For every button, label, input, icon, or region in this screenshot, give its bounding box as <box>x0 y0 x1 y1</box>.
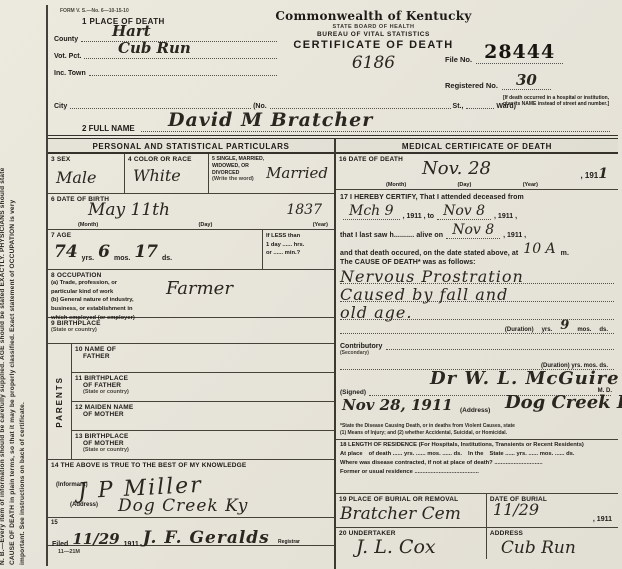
mother-birthplace-sublabel: (State or country) <box>83 447 331 453</box>
dod-day-label: (Day) <box>458 182 472 188</box>
contributory-dotted-line <box>386 349 614 350</box>
parents-block: PARENTS 10 NAME OF FATHER 11 BIRTHPLACE … <box>48 344 334 460</box>
inc-town-line: Inc. Town <box>54 60 279 77</box>
father-birthplace-label2: OF FATHER <box>83 382 331 389</box>
file-no-value: 28444 <box>476 41 563 64</box>
age-years-value: 74 <box>54 242 78 262</box>
medical-section-title: MEDICAL CERTIFICATE OF DEATH <box>336 139 618 154</box>
occupation-row: 8 OCCUPATION (a) Trade, profession, or p… <box>48 270 334 318</box>
city-ward-label: Ward) <box>496 103 516 110</box>
attended-from-year: , 1911 , to <box>403 213 435 220</box>
physician-date-address-line: Nov 28, 1911 (Address) Dog Creek Ky <box>340 396 614 418</box>
father-birthplace-label: 11 BIRTHPLACE <box>75 375 331 382</box>
age-less-line2: 1 day ...... hrs. <box>266 241 331 250</box>
age-days-unit: ds. <box>162 255 172 262</box>
last-saw-label: that I last saw h.......... alive on <box>340 232 443 239</box>
burial-date-cell: DATE OF BURIAL 11/29 , 1911 <box>486 494 618 527</box>
age-less-line3: or ...... min.? <box>266 249 331 258</box>
sex-race-marital-row: 3 SEX Male 4 COLOR OR RACE White 5 SINGL… <box>48 154 334 194</box>
precinct-value: Cub Run <box>118 39 191 57</box>
burial-row: 19 PLACE OF BURIAL OR REMOVAL Bratcher C… <box>336 494 618 528</box>
color-race-value: White <box>133 166 181 185</box>
inc-town-dotted-line <box>89 75 277 76</box>
attended-dates-line: Mch 9 , 1911 , to Nov 8 , 1911 , <box>340 203 614 220</box>
cause-of-death-label: The CAUSE OF DEATH* was as follows: <box>340 259 476 266</box>
undertaker-row: 20 UNDERTAKER J. L. Cox ADDRESS Cub Run <box>336 528 618 559</box>
age-main-cell: 7 AGE 74 yrs. 6 mos. 17 ds. <box>48 230 262 269</box>
residence-contracted-line: Where was disease contracted, if not at … <box>340 459 614 468</box>
full-name-value: David M Bratcher <box>168 109 373 131</box>
hospital-note: [If death occurred in a hospital or inst… <box>503 95 613 108</box>
burial-date-value: 11/29 <box>493 500 539 519</box>
cause-footnote: *State the Disease Causing Death, or in … <box>336 422 618 440</box>
occupation-value: Farmer <box>166 278 233 299</box>
file-no-line: File No. 28444 <box>445 41 613 64</box>
cause-footnote-line1: *State the Disease Causing Death, or in … <box>340 423 614 430</box>
attended-from-value: Mch 9 <box>343 203 400 220</box>
death-year: , 1911 <box>580 166 608 182</box>
cause-footnote-line2: (1) Means of Injury; and (2) whether Acc… <box>340 430 614 437</box>
marital-value: Married <box>266 164 328 182</box>
death-time-value: 10 A <box>521 241 557 257</box>
undertaker-cell: 20 UNDERTAKER J. L. Cox <box>336 528 486 559</box>
registrar-label: Registrar <box>278 539 300 545</box>
last-saw-year: , 1911 , <box>503 232 526 239</box>
full-name-dotted-line <box>141 131 610 132</box>
registrar-signature: J. F. Geralds <box>143 528 270 548</box>
age-less-line1: If LESS than <box>266 232 331 241</box>
filed-num: 15 <box>51 520 331 526</box>
death-year-digit: 1 <box>598 166 608 182</box>
attest-label: 14 THE ABOVE IS TRUE TO THE BEST OF MY K… <box>51 462 331 469</box>
parents-label: PARENTS <box>55 376 64 428</box>
date-of-death-value: Nov. 28 <box>422 158 491 179</box>
signed-date-value: Nov 28, 1911 <box>342 396 453 414</box>
residence-label-line1: 18 LENGTH OF RESIDENCE (For Hospitals, I… <box>340 442 524 448</box>
form-number: FORM V. S.—No. 6—10-15-10 <box>60 8 129 14</box>
place-of-death-block: 1 PLACE OF DEATH County Hart Vot. Pct. C… <box>54 17 279 77</box>
duration-ds-label: ds. <box>599 327 608 333</box>
dob-day-label: (Day) <box>199 222 213 228</box>
contracted-label2: if not at place of death? ..............… <box>428 460 543 466</box>
margin-instruction-line2: CAUSE OF DEATH in plain terms, so that i… <box>9 200 16 565</box>
margin-instruction-line1: N. B.—Every item of information should b… <box>0 168 6 565</box>
contributory-line: Contributory <box>340 336 614 350</box>
cause-line1: Nervous Prostration <box>340 267 524 286</box>
full-name-label: 2 FULL NAME <box>82 124 135 133</box>
form-body: PERSONAL AND STATISTICAL PARTICULARS 3 S… <box>48 139 618 569</box>
sex-value: Male <box>56 168 97 187</box>
date-of-death-row: 16 DATE OF DEATH Nov. 28 , 1911 (Month) … <box>336 154 618 190</box>
age-months-unit: mos. <box>114 255 130 262</box>
former-label2: usual residence ........................… <box>369 469 479 475</box>
residence-at-place-units: of death ...... yrs. ...... mos. ...... … <box>369 450 462 459</box>
margin-instruction-line3: important. See instructions on back of c… <box>19 402 26 565</box>
attended-to-value: Nov 8 <box>437 203 491 220</box>
county-value: Hart <box>112 22 151 40</box>
residence-in-state-units: State ...... yrs. ...... mos. ...... ds. <box>489 450 574 459</box>
certify-block: 17 I HEREBY CERTIFY, That I attended dec… <box>336 190 618 422</box>
residence-label-line2: or Recent Residents) <box>526 442 584 448</box>
date-of-birth-row: 6 DATE OF BIRTH May 11th 1837 (Month) (D… <box>48 194 334 230</box>
bureau-label: BUREAU OF VITAL STATISTICS <box>266 31 481 38</box>
last-saw-line: that I last saw h.......... alive on Nov… <box>340 222 614 239</box>
marital-label: 5 SINGLE, MARRIED, WIDOWED, OR DIVORCED <box>212 156 274 176</box>
duration-mos-value: 9 <box>560 318 569 333</box>
parents-fields: 10 NAME OF FATHER 11 BIRTHPLACE OF FATHE… <box>72 344 334 459</box>
father-birthplace-sublabel: (State or country) <box>83 389 331 395</box>
dob-year-label: (Year) <box>313 222 328 228</box>
age-less-than-note: If LESS than 1 day ...... hrs. or ......… <box>262 230 334 269</box>
informant-address-label: (Address) <box>70 502 98 508</box>
cause-line2: Caused by fall and <box>340 285 508 304</box>
certificate-form: FORM V. S.—No. 6—10-15-10 1 PLACE OF DEA… <box>46 5 618 566</box>
age-years-unit: yrs. <box>82 255 94 262</box>
mother-maiden-label: 12 MAIDEN NAME <box>75 404 331 411</box>
death-occurred-line: and that death occured, on the date stat… <box>340 241 614 257</box>
inc-town-label: Inc. Town <box>54 70 86 77</box>
precinct-label: Vot. Pct. <box>54 53 81 60</box>
precinct-dotted-line <box>84 58 277 59</box>
contributory-label: Contributory <box>340 343 382 350</box>
undertaker-value: J. L. Cox <box>356 536 436 558</box>
death-time-suffix: m. <box>561 250 569 257</box>
former-label1: Former or <box>340 469 367 475</box>
age-values-line: 74 yrs. 6 mos. 17 ds. <box>54 242 172 262</box>
duration-yrs-label: yrs. <box>542 327 553 333</box>
burial-place-cell: 19 PLACE OF BURIAL OR REMOVAL Bratcher C… <box>336 494 486 527</box>
mother-birthplace-row: 13 BIRTHPLACE OF MOTHER (State or countr… <box>72 431 334 459</box>
birth-year-value: 1837 <box>286 202 322 218</box>
undertaker-address-value: Cub Run <box>501 538 576 558</box>
mother-birthplace-label: 13 BIRTHPLACE <box>75 433 331 440</box>
registered-no-label: Registered No. <box>445 81 498 90</box>
mother-maiden-row: 12 MAIDEN NAME OF MOTHER <box>72 402 334 431</box>
age-row: 7 AGE 74 yrs. 6 mos. 17 ds. If LESS than… <box>48 230 334 270</box>
city-label: City <box>54 103 67 110</box>
duration-label: (Duration) <box>505 327 534 333</box>
registered-no-value: 30 <box>502 71 551 90</box>
personal-column: PERSONAL AND STATISTICAL PARTICULARS 3 S… <box>48 139 336 569</box>
burial-place-value: Bratcher Cem <box>340 504 461 524</box>
residence-in-state-label: In the <box>468 450 483 459</box>
personal-section-title: PERSONAL AND STATISTICAL PARTICULARS <box>48 139 334 154</box>
attended-to-year: , 1911 , <box>494 213 517 220</box>
father-name-label2: FATHER <box>83 353 331 360</box>
duration-line: (Duration) yrs. 9 mos. ds. <box>340 320 614 334</box>
dod-column-labels: (Month) (Day) (Year) <box>386 182 538 188</box>
color-race-cell: 4 COLOR OR RACE White <box>124 154 208 193</box>
burial-date-year: , 1911 <box>593 516 612 523</box>
mother-birthplace-label2: OF MOTHER <box>83 440 331 447</box>
full-name-row: 2 FULL NAME David M Bratcher <box>48 113 618 139</box>
death-occurred-label: and that death occured, on the date stat… <box>340 250 518 257</box>
informant-block: 14 THE ABOVE IS TRUE TO THE BEST OF MY K… <box>48 460 334 518</box>
age-months-value: 6 <box>98 242 110 262</box>
county-label: County <box>54 36 78 43</box>
sex-cell: 3 SEX Male <box>48 154 124 193</box>
father-name-row: 10 NAME OF FATHER <box>72 344 334 373</box>
physician-address-label: (Address) <box>460 407 490 414</box>
date-of-birth-value: May 11th <box>88 200 170 220</box>
occupation-line-b2: business, or establishment in <box>51 305 201 314</box>
file-no-label: File No. <box>445 55 472 64</box>
city-st-label: St., <box>453 103 464 110</box>
father-name-label: 10 NAME OF <box>75 346 331 353</box>
dob-column-labels: (Month) (Day) (Year) <box>78 222 328 228</box>
birthplace-row: 9 BIRTHPLACE (State or country) <box>48 318 334 344</box>
informant-address-value: Dog Creek Ky <box>118 496 248 516</box>
certify-line1: 17 I HEREBY CERTIFY, That I attended dec… <box>340 194 524 201</box>
color-race-label: 4 COLOR OR RACE <box>128 156 205 163</box>
father-birthplace-row: 11 BIRTHPLACE OF FATHER (State or countr… <box>72 373 334 402</box>
dod-month-label: (Month) <box>386 182 406 188</box>
certificate-paper: N. B.—Every item of information should b… <box>0 0 622 569</box>
filed-row: 15 Filed 11/29 1911 J. F. Geralds Regist… <box>48 518 334 546</box>
sex-label: 3 SEX <box>51 156 121 163</box>
filed-year: 1911 <box>124 541 139 548</box>
residence-at-place-label: At place <box>340 450 363 459</box>
birthplace-label: 9 BIRTHPLACE <box>51 320 331 327</box>
undertaker-address-cell: ADDRESS Cub Run <box>486 528 618 559</box>
mother-maiden-label2: OF MOTHER <box>83 411 331 418</box>
filed-date-value: 11/29 <box>72 530 119 548</box>
physician-signature: Dr W. L. McGuire <box>430 368 620 389</box>
residence-label: 18 LENGTH OF RESIDENCE (For Hospitals, I… <box>340 441 614 450</box>
residence-duration-row: At place of death ...... yrs. ...... mos… <box>340 450 614 459</box>
signed-label: (Signed) <box>340 389 366 396</box>
state-board-label: STATE BOARD OF HEALTH <box>266 24 481 30</box>
cause-line3: old age. <box>340 303 412 322</box>
commonwealth-title: Commonwealth of Kentucky <box>266 9 481 23</box>
dod-year-label: (Year) <box>523 182 538 188</box>
last-saw-value: Nov 8 <box>446 222 500 239</box>
undertaker-address-label: ADDRESS <box>490 530 615 537</box>
filed-label: Filed <box>52 541 68 548</box>
dob-month-label: (Month) <box>78 222 98 228</box>
burial-place-label: 19 PLACE OF BURIAL OR REMOVAL <box>339 496 483 503</box>
registered-no-line: Registered No. 30 <box>445 71 613 90</box>
duration-mos-label: mos. <box>577 327 591 333</box>
physician-address-value: Dog Creek Ky <box>505 392 622 413</box>
residence-block: 18 LENGTH OF RESIDENCE (For Hospitals, I… <box>336 440 618 494</box>
age-label: 7 AGE <box>51 232 259 239</box>
contracted-label1: Where was disease contracted, <box>340 460 426 466</box>
parents-vertical-label-cell: PARENTS <box>48 344 72 459</box>
filed-line: Filed 11/29 1911 J. F. Geralds <box>52 528 270 548</box>
city-ward-dotted-line <box>466 108 494 109</box>
marital-cell: 5 SINGLE, MARRIED, WIDOWED, OR DIVORCED … <box>208 154 334 193</box>
birthplace-sublabel: (State or country) <box>51 327 331 333</box>
death-year-printed: , 191 <box>580 171 598 180</box>
age-days-value: 17 <box>134 242 158 262</box>
form-header: FORM V. S.—No. 6—10-15-10 1 PLACE OF DEA… <box>48 5 618 113</box>
medical-column: MEDICAL CERTIFICATE OF DEATH 16 DATE OF … <box>336 139 618 569</box>
residence-former-line: Former or usual residence ..............… <box>340 468 614 477</box>
precinct-line: Vot. Pct. Cub Run <box>54 43 279 60</box>
city-line: City (No. St., Ward) <box>54 93 516 110</box>
